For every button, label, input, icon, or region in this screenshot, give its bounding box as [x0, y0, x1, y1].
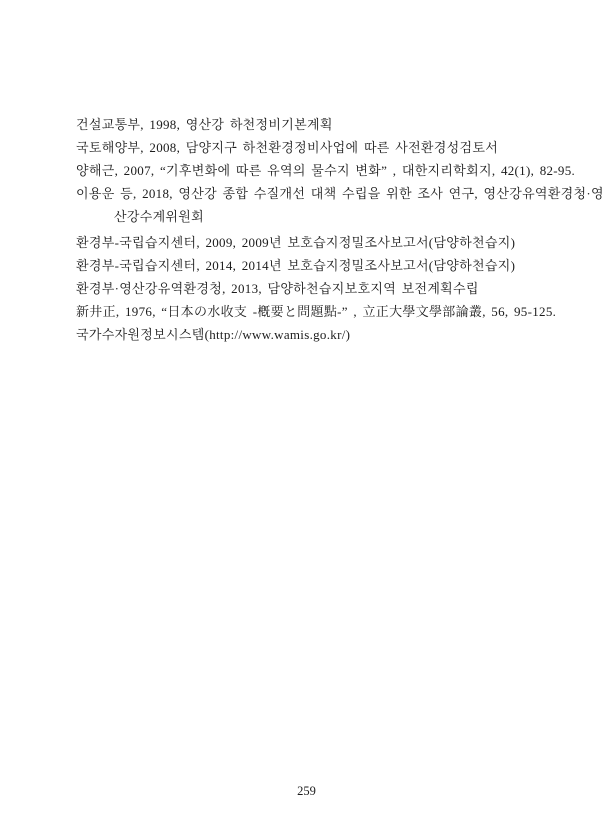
- reference-item: 건설교통부, 1998, 영산강 하천정비기본계획: [76, 113, 591, 136]
- page-number: 259: [0, 784, 613, 799]
- reference-text: 新井正, 1976, “日本の水收支 -槪要と問題點-” , 立正大學文學部論叢…: [76, 300, 591, 323]
- reference-item: 국가수자원정보시스템(http://www.wamis.go.kr/): [76, 323, 591, 346]
- reference-text: 건설교통부, 1998, 영산강 하천정비기본계획: [76, 113, 591, 136]
- reference-text: 산강수계위원회: [76, 205, 591, 228]
- reference-item: 양해근, 2007, “기후변화에 따른 유역의 물수지 변화” , 대한지리학…: [76, 159, 591, 182]
- reference-text: 양해근, 2007, “기후변화에 따른 유역의 물수지 변화” , 대한지리학…: [76, 159, 591, 182]
- reference-item: 환경부-국립습지센터, 2009, 2009년 보호습지정밀조사보고서(담양하천…: [76, 231, 591, 254]
- reference-text: 환경부-국립습지센터, 2009, 2009년 보호습지정밀조사보고서(담양하천…: [76, 231, 591, 254]
- reference-item: 환경부·영산강유역환경청, 2013, 담양하천습지보호지역 보전계획수립: [76, 277, 591, 300]
- reference-item: 新井正, 1976, “日本の水收支 -槪要と問題點-” , 立正大學文學部論叢…: [76, 300, 591, 323]
- reference-item: 이용운 등, 2018, 영산강 종합 수질개선 대책 수립을 위한 조사 연구…: [76, 182, 591, 228]
- reference-item: 국토해양부, 2008, 담양지구 하천환경정비사업에 따른 사전환경성검토서: [76, 136, 591, 159]
- reference-item: 환경부-국립습지센터, 2014, 2014년 보호습지정밀조사보고서(담양하천…: [76, 254, 591, 277]
- reference-list: 건설교통부, 1998, 영산강 하천정비기본계획국토해양부, 2008, 담양…: [76, 113, 591, 346]
- document-page: 건설교통부, 1998, 영산강 하천정비기본계획국토해양부, 2008, 담양…: [0, 0, 613, 840]
- reference-text: 환경부-국립습지센터, 2014, 2014년 보호습지정밀조사보고서(담양하천…: [76, 254, 591, 277]
- reference-text: 환경부·영산강유역환경청, 2013, 담양하천습지보호지역 보전계획수립: [76, 277, 591, 300]
- reference-text: 국토해양부, 2008, 담양지구 하천환경정비사업에 따른 사전환경성검토서: [76, 136, 591, 159]
- reference-text: 국가수자원정보시스템(http://www.wamis.go.kr/): [76, 323, 591, 346]
- reference-text: 이용운 등, 2018, 영산강 종합 수질개선 대책 수립을 위한 조사 연구…: [76, 182, 591, 205]
